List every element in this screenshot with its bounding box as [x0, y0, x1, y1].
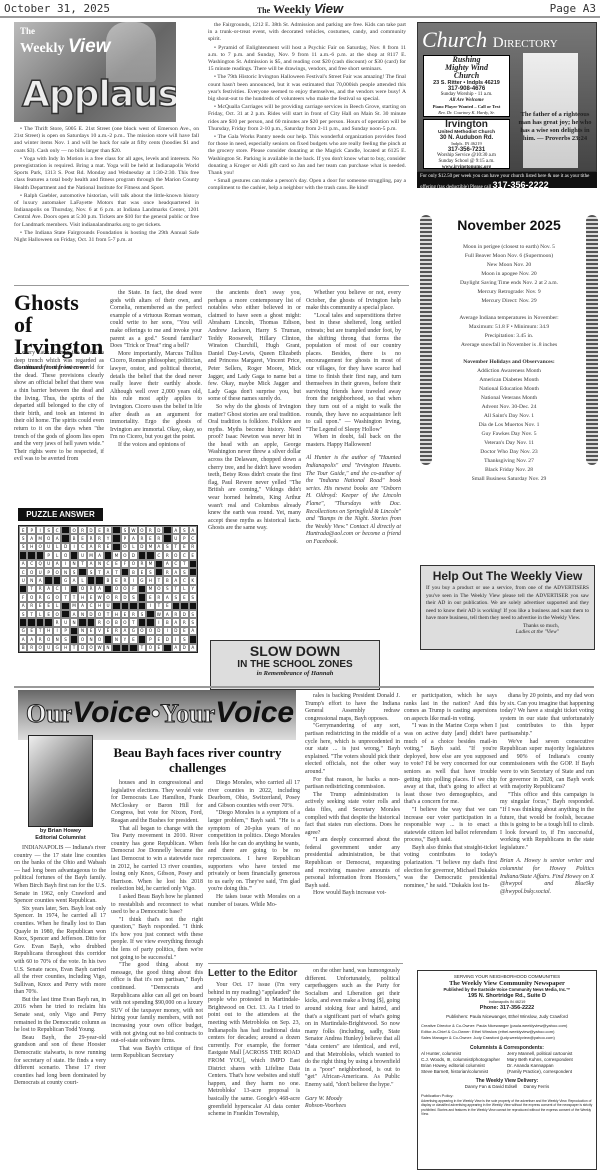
crossword-cell: M	[87, 551, 95, 559]
crossword-cell: R	[112, 593, 120, 601]
crossword-cell: O	[121, 543, 129, 551]
crossword-cell: S	[19, 543, 27, 551]
crossword-cell: O	[104, 618, 112, 626]
crossword-cell: P	[27, 526, 35, 534]
page-number: Page A3	[550, 2, 596, 15]
crossword-cell: H	[95, 602, 103, 610]
crossword-cell: E	[95, 526, 103, 534]
crossword-cell	[70, 627, 78, 635]
crossword-cell: E	[138, 568, 146, 576]
crossword-cell: E	[146, 534, 154, 542]
crossword-cell: L	[36, 610, 44, 618]
opinion-col-6: diana by 20 points, and my dad won by si…	[500, 693, 594, 896]
crossword-cell: B	[163, 576, 171, 584]
crossword-cell: N	[78, 610, 86, 618]
crossword-cell: D	[155, 526, 163, 534]
crossword-cell: U	[36, 568, 44, 576]
crossword-cell: A	[95, 551, 103, 559]
crossword-cell: G	[138, 576, 146, 584]
crossword-cell: B	[70, 534, 78, 542]
crossword-cell: R	[36, 635, 44, 643]
feather-border-left	[420, 215, 432, 465]
crossword-cell	[27, 551, 35, 559]
crossword-cell: R	[121, 576, 129, 584]
crossword-cell: T	[70, 593, 78, 601]
crossword-cell: O	[112, 585, 120, 593]
crossword-cell	[155, 568, 163, 576]
opinion-col-5: er participation, which he says ranks la…	[404, 693, 497, 890]
crossword-cell: E	[44, 610, 52, 618]
crossword-cell	[189, 635, 197, 643]
crossword-cell: G	[44, 593, 52, 601]
crossword-cell: T	[172, 585, 180, 593]
crossword-cell: R	[53, 618, 61, 626]
crossword-cell: D	[87, 610, 95, 618]
crossword-cell: D	[129, 551, 137, 559]
crossword-cell: R	[27, 602, 35, 610]
crossword-cell: G	[53, 644, 61, 652]
church-listing-irvington-umc: Irvington United Methodist Church 30 N. …	[423, 119, 510, 169]
crossword-cell: R	[138, 560, 146, 568]
crossword-cell: C	[78, 543, 86, 551]
crossword-cell: M	[70, 602, 78, 610]
crossword-cell: E	[121, 610, 129, 618]
crossword-cell	[163, 526, 171, 534]
crossword-cell: R	[129, 610, 137, 618]
crossword-cell: O	[138, 526, 146, 534]
crossword-cell	[44, 576, 52, 584]
crossword-cell: A	[163, 610, 171, 618]
crossword-cell: O	[44, 534, 52, 542]
ghosts-col-1: every Latin town in the form of a deep t…	[14, 350, 104, 464]
crossword-cell: S	[189, 610, 197, 618]
crossword-cell: T	[27, 585, 35, 593]
crossword-cell: A	[163, 593, 171, 601]
crossword-cell: C	[53, 585, 61, 593]
crossword-cell: O	[27, 568, 35, 576]
crossword-cell: O	[95, 610, 103, 618]
crossword-cell: O	[146, 627, 154, 635]
crossword-cell: L	[78, 576, 86, 584]
crossword-cell: U	[44, 543, 52, 551]
opinion-col-2: houses and in congressional and legislat…	[111, 780, 203, 1061]
crossword-cell: D	[180, 610, 188, 618]
crossword-cell: S	[180, 526, 188, 534]
columnist-bio: Brian A. Howey is senior writer and colu…	[500, 858, 594, 896]
crossword-cell: A	[172, 526, 180, 534]
crossword-cell: O	[27, 593, 35, 601]
crossword-cell: E	[112, 560, 120, 568]
crossword-cell: I	[36, 526, 44, 534]
crossword-cell	[104, 635, 112, 643]
crossword-cell: T	[138, 644, 146, 652]
crossword-cell	[121, 568, 129, 576]
crossword-cell: S	[180, 568, 188, 576]
weekly-view-logo: Weekly View	[20, 36, 110, 58]
crossword-cell	[19, 618, 27, 626]
crossword-cell: G	[19, 627, 27, 635]
crossword-cell: S	[180, 635, 188, 643]
crossword-cell: I	[172, 635, 180, 643]
opinion-headline: Beau Bayh faces river country challenges	[100, 745, 295, 775]
crossword-cell: I	[129, 576, 137, 584]
crossword-cell: S	[138, 610, 146, 618]
crossword-cell: C	[53, 526, 61, 534]
crossword-cell: P	[180, 534, 188, 542]
crossword-cell: D	[138, 543, 146, 551]
crossword-cell: A	[36, 576, 44, 584]
crossword-cell: A	[172, 568, 180, 576]
crossword-cell	[112, 543, 120, 551]
crossword-cell: A	[27, 635, 35, 643]
crossword-cell: R	[163, 568, 171, 576]
crossword-cell: A	[27, 534, 35, 542]
crossword-cell: S	[189, 618, 197, 626]
applause-items-left: • The Thrift Store, 5005 E. 21st Street …	[14, 126, 199, 245]
help-out-box: Help Out The Weekly View If you buy a pr…	[420, 565, 595, 650]
crossword-cell: E	[163, 602, 171, 610]
crossword-cell: U	[61, 618, 69, 626]
crossword-cell	[163, 534, 171, 542]
crossword-cell: I	[53, 627, 61, 635]
crossword-cell: E	[180, 593, 188, 601]
crossword-cell: E	[189, 551, 197, 559]
crossword-cell: T	[129, 618, 137, 626]
crossword-cell: S	[19, 610, 27, 618]
divider	[14, 686, 594, 688]
crossword-cell: A	[163, 560, 171, 568]
crossword-cell: P	[44, 568, 52, 576]
crossword-cell: C	[172, 560, 180, 568]
crossword-cell: B	[129, 568, 137, 576]
crossword-cell: E	[36, 602, 44, 610]
crossword-cell: L	[53, 543, 61, 551]
crossword-cell: S	[19, 534, 27, 542]
crossword-cell: D	[87, 526, 95, 534]
crossword-cell: O	[36, 644, 44, 652]
crossword-cell: B	[112, 618, 120, 626]
crossword-cell	[61, 526, 69, 534]
crossword-cell: E	[44, 602, 52, 610]
crossword-cell: R	[27, 644, 35, 652]
crossword-cell: T	[104, 610, 112, 618]
crossword-cell: S	[172, 593, 180, 601]
church-listing-ad: For only $12.50 per week you can have yo…	[417, 172, 597, 188]
crossword-cell: A	[104, 568, 112, 576]
crossword-cell: N	[53, 635, 61, 643]
crossword-cell: T	[78, 560, 86, 568]
masthead-box: SERVING YOUR NEIGHBORHOOD COMMUNITIES Th…	[417, 970, 597, 1170]
crossword-cell: A	[189, 644, 197, 652]
crossword-cell: E	[87, 593, 95, 601]
crossword-cell: B	[163, 618, 171, 626]
crossword-cell: M	[146, 543, 154, 551]
crossword-cell: B	[104, 576, 112, 584]
crossword-cell: Y	[121, 635, 129, 643]
crossword-cell: N	[70, 618, 78, 626]
crossword-cell	[146, 551, 154, 559]
crossword-cell	[36, 551, 44, 559]
crossword-cell: O	[121, 585, 129, 593]
crossword-cell: T	[172, 543, 180, 551]
crossword-cell: L	[53, 602, 61, 610]
crossword-cell: P	[61, 627, 69, 635]
crossword-cell	[104, 551, 112, 559]
crossword-cell: R	[104, 526, 112, 534]
crossword-cell	[189, 560, 197, 568]
crossword-cell: O	[146, 644, 154, 652]
crossword-cell: R	[163, 551, 171, 559]
crossword-cell: U	[44, 644, 52, 652]
crossword-cell: W	[95, 644, 103, 652]
crossword-cell	[129, 602, 137, 610]
crossword-cell: U	[78, 551, 86, 559]
crossword-cell: E	[129, 635, 137, 643]
crossword-cell	[78, 568, 86, 576]
crossword-cell: T	[70, 644, 78, 652]
crossword-cell: A	[129, 534, 137, 542]
applause-banner: The Weekly View Applause!	[14, 22, 176, 122]
author-bio: Al Hunter is the author of "Haunted Indi…	[306, 455, 401, 546]
crossword-cell: A	[19, 560, 27, 568]
crossword-cell: B	[19, 644, 27, 652]
crossword-cell: D	[78, 644, 86, 652]
crossword-cell: R	[155, 593, 163, 601]
crossword-cell: I	[70, 543, 78, 551]
crossword-cell: U	[104, 602, 112, 610]
crossword-cell: S	[129, 593, 137, 601]
crossword-cell	[53, 576, 61, 584]
crossword-cell: E	[104, 543, 112, 551]
crossword-cell: L	[180, 585, 188, 593]
crossword-cell: I	[61, 585, 69, 593]
crossword-cell: R	[95, 618, 103, 626]
crossword-cell	[189, 602, 197, 610]
crossword-cell: S	[163, 543, 171, 551]
crossword-cell	[19, 585, 27, 593]
crossword-cell: S	[61, 635, 69, 643]
crossword-cell: T	[36, 627, 44, 635]
crossword-cell: O	[121, 551, 129, 559]
crossword-cell	[189, 568, 197, 576]
crossword-cell	[163, 644, 171, 652]
crossword-cell	[19, 551, 27, 559]
crossword-cell: L	[129, 543, 137, 551]
crossword-cell: R	[146, 526, 154, 534]
crossword-cell: R	[155, 534, 163, 542]
crossword-cell: N	[27, 576, 35, 584]
crossword-cell: O	[172, 551, 180, 559]
crossword-cell: A	[53, 534, 61, 542]
crossword-cell: N	[112, 635, 120, 643]
feather-border-right	[586, 215, 598, 465]
crossword-cell: O	[78, 635, 86, 643]
crossword-cell: M	[146, 560, 154, 568]
crossword-cell	[70, 635, 78, 643]
crossword-cell: H	[27, 543, 35, 551]
crossword-cell	[112, 644, 120, 652]
crossword-cell: E	[155, 644, 163, 652]
crossword-cell	[121, 644, 129, 652]
crossword-cell: R	[189, 543, 197, 551]
crossword-cell: A	[44, 585, 52, 593]
crossword-cell: F	[19, 593, 27, 601]
clapping-hands-image	[106, 22, 156, 82]
crossword-cell: A	[189, 627, 197, 635]
crossword-cell: A	[172, 576, 180, 584]
crossword-cell: S	[163, 585, 171, 593]
crossword-cell: O	[70, 526, 78, 534]
crossword-cell: O	[87, 644, 95, 652]
crossword-cell	[104, 585, 112, 593]
crossword-cell	[61, 602, 69, 610]
crossword-cell: H	[146, 576, 154, 584]
crossword-cell: C	[87, 602, 95, 610]
crossword-cell	[112, 526, 120, 534]
page-header: October 31, 2025 The Weekly View Page A3	[0, 0, 600, 18]
crossword-cell: S	[44, 526, 52, 534]
crossword-cell: O	[53, 568, 61, 576]
crossword-cell: O	[78, 585, 86, 593]
crossword-cell: O	[53, 610, 61, 618]
crossword-cell: M	[112, 551, 120, 559]
crossword-cell: T	[112, 568, 120, 576]
crossword-cell: S	[87, 568, 95, 576]
crossword-cell	[129, 644, 137, 652]
crossword-cell: A	[189, 526, 197, 534]
crossword-cell	[87, 618, 95, 626]
crossword-cell: P	[146, 635, 154, 643]
crossword-cell: A	[19, 635, 27, 643]
crossword-cell: C	[104, 560, 112, 568]
crossword-cell: U	[172, 534, 180, 542]
crossword-cell: I	[146, 602, 154, 610]
crossword-cell: V	[95, 627, 103, 635]
crossword-cell	[112, 534, 120, 542]
crossword-cell: S	[146, 568, 154, 576]
proverbs-quote: The father of a righteous man has great …	[515, 111, 595, 143]
crossword-cell: O	[61, 551, 69, 559]
letter-title: Letter to the Editor	[208, 968, 300, 979]
divider	[14, 285, 409, 286]
ghosts-col-4: Whether you believe or not, every Octobe…	[306, 290, 401, 547]
crossword-cell	[138, 593, 146, 601]
crossword-cell: R	[78, 526, 86, 534]
crossword-cell: T	[61, 593, 69, 601]
help-out-title: Help Out The Weekly View	[426, 569, 589, 583]
crossword-cell: O	[44, 635, 52, 643]
crossword-cell: A	[53, 560, 61, 568]
crossword-cell	[172, 602, 180, 610]
crossword-cell	[138, 618, 146, 626]
crossword-cell: H	[78, 593, 86, 601]
crossword-cell	[95, 576, 103, 584]
crossword-cell: R	[36, 593, 44, 601]
crossword-cell: A	[172, 644, 180, 652]
crossword-cell: A	[70, 576, 78, 584]
applause-title: Applause!	[22, 74, 176, 115]
crossword-cell: E	[19, 526, 27, 534]
crossword-cell	[138, 551, 146, 559]
crossword-cell: A	[95, 585, 103, 593]
crossword-cell: E	[104, 627, 112, 635]
crossword-cell: O	[129, 560, 137, 568]
crossword-cell: D	[155, 627, 163, 635]
crossword-cell: R	[87, 534, 95, 542]
crossword-cell: C	[189, 534, 197, 542]
crossword-cell: D	[163, 635, 171, 643]
crossword-cell	[146, 610, 154, 618]
opinion-col-1: INDIANAPOLIS — Indiana's river country —…	[14, 845, 106, 1088]
crossword-cell: M	[146, 585, 154, 593]
crossword-cell: M	[36, 534, 44, 542]
masthead-name: The Weekly View Community Newspaper	[421, 980, 593, 987]
crossword-cell: W	[95, 593, 103, 601]
slow-down-notice: SLOW DOWN IN THE SCHOOL ZONES in Remembr…	[210, 640, 380, 690]
church-listing-rushing-mighty-wind: Rushing Mighty Wind Church 23 S. Ritter …	[423, 55, 510, 117]
crossword-cell	[180, 602, 188, 610]
crossword-cell: T	[180, 560, 188, 568]
crossword-cell: U	[44, 560, 52, 568]
crossword-cell: A	[87, 560, 95, 568]
crossword-cell: E	[180, 627, 188, 635]
crossword-cell: R	[95, 543, 103, 551]
crossword-cell: R	[172, 610, 180, 618]
crossword-cell: C	[27, 560, 35, 568]
crossword-cell: O	[155, 585, 163, 593]
crossword-cell: G	[61, 576, 69, 584]
crossword-cell: D	[172, 627, 180, 635]
crossword-cell: R	[95, 534, 103, 542]
crossword-cell: F	[129, 585, 137, 593]
crossword-cell	[70, 551, 78, 559]
crossword-cell: H	[61, 644, 69, 652]
opinion-col-4: rales is backing President Donald J. Tru…	[305, 693, 400, 898]
crossword-cell: P	[121, 534, 129, 542]
crossword-cell: S	[70, 568, 78, 576]
crossword-cell	[87, 576, 95, 584]
crossword-cell: N	[104, 644, 112, 652]
crossword-cell: O	[36, 543, 44, 551]
crossword-cell: D	[180, 644, 188, 652]
crossword-cell	[112, 602, 120, 610]
letter-col-1: Letter to the Editor Your Oct. 17 issue …	[208, 968, 300, 1119]
crossword-cell: A	[155, 543, 163, 551]
crossword-cell: F	[121, 560, 129, 568]
crossword-cell: A	[19, 602, 27, 610]
crossword-cell	[27, 618, 35, 626]
ghosts-title: Ghosts of Irvington	[14, 292, 102, 358]
crossword-cell: U	[19, 576, 27, 584]
crossword-cell: A	[172, 618, 180, 626]
crossword-cell: K	[189, 576, 197, 584]
crossword-cell: R	[36, 585, 44, 593]
crossword-cell: H	[112, 610, 120, 618]
crossword-cell: T	[155, 602, 163, 610]
our-voice-your-voice-banner: OurVoice•YourVoice	[18, 690, 296, 740]
crossword-cell: R	[180, 618, 188, 626]
crossword-cell: D	[61, 543, 69, 551]
church-directory-title: Church Directory	[422, 27, 558, 53]
crossword-cell: N	[78, 627, 86, 635]
crossword-cell	[70, 585, 78, 593]
crossword-cell: N	[87, 635, 95, 643]
crossword-cell	[138, 602, 146, 610]
crossword-cell: S	[121, 526, 129, 534]
crossword-cell: O	[95, 635, 103, 643]
crossword-cell: E	[146, 593, 154, 601]
crossword-cell: Y	[189, 585, 197, 593]
